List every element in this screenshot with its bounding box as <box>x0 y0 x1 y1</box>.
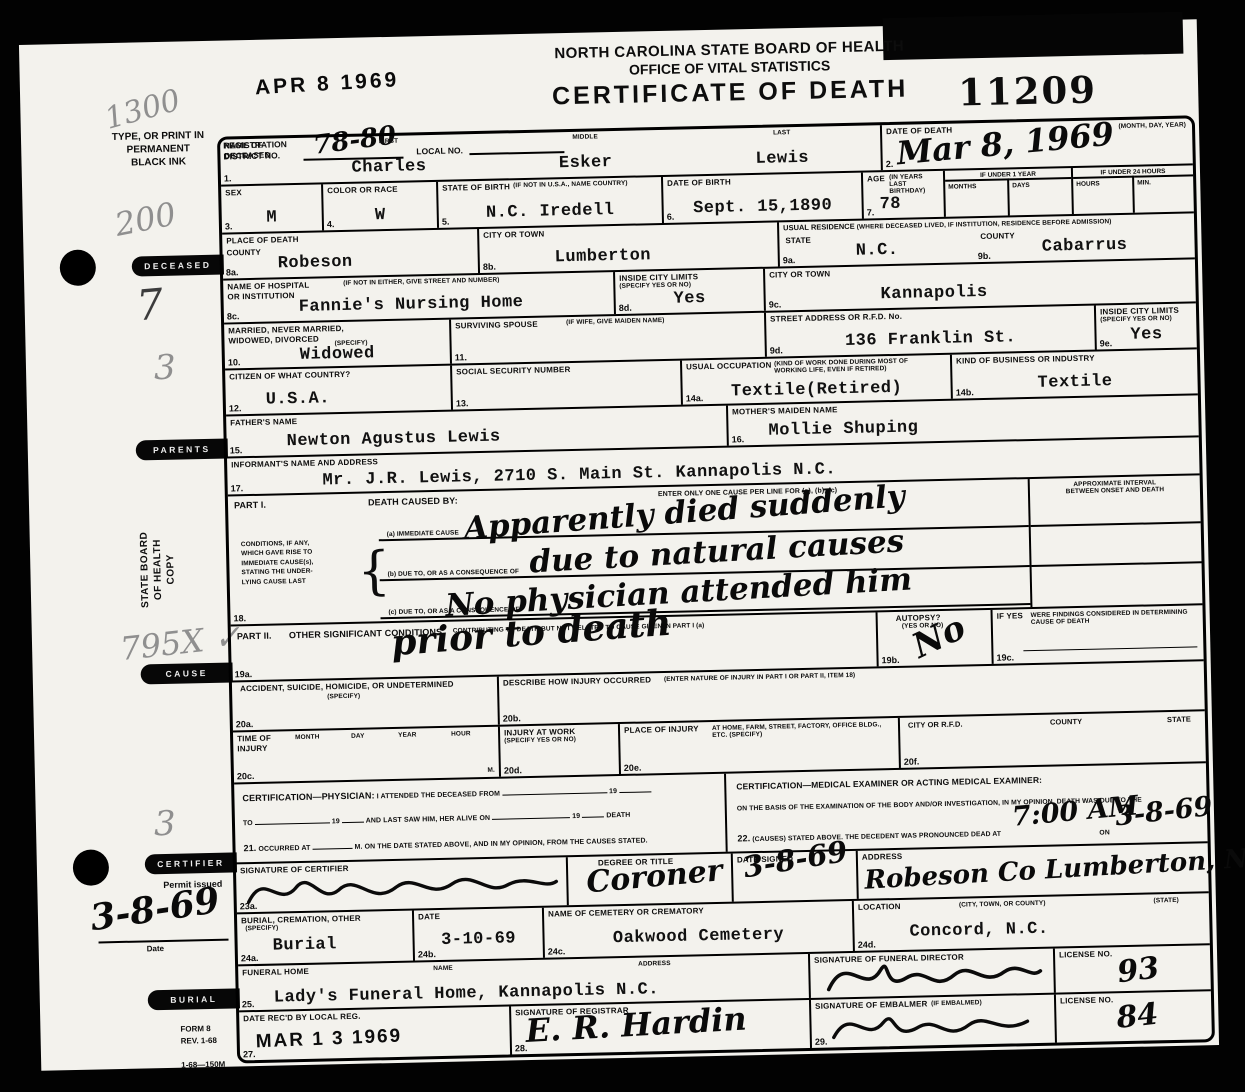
field-value: Lumberton <box>480 243 778 268</box>
me-cert-t2: (CAUSES) STATED ABOVE. THE DECEDENT WAS … <box>752 831 1001 843</box>
margin-pencil-200: 200 <box>112 195 179 244</box>
form-reference: FORM 8 REV. 1-68 1-68—150M <box>180 1023 225 1072</box>
loc-sublabel-1: (CITY, TOWN, OR COUNTY) <box>959 900 1046 909</box>
city-rfd-header: CITY OR R.F.D. <box>908 720 963 730</box>
field-value: N.C. Iredell <box>439 200 662 224</box>
state-header: STATE <box>1167 715 1191 725</box>
days-cell: DAYS <box>1009 177 1072 215</box>
field-sublabel: (SPECIFY) <box>327 693 360 701</box>
phys-cert-t2: TO <box>243 820 253 827</box>
field-time-of-injury: TIME OF INJURY MONTH DAY YEAR HOUR M. 20… <box>233 727 499 783</box>
field-cemetery: NAME OF CEMETERY OR CREMATORY 24c. Oakwo… <box>542 901 853 958</box>
field-value: N.C. <box>779 239 974 262</box>
day-header: DAY <box>351 733 365 740</box>
field-number: 29. <box>815 1037 828 1047</box>
field-state-of-birth: STATE OF BIRTH (IF NOT IN U.S.A., NAME C… <box>436 177 662 228</box>
form-ref-line1: FORM 8 <box>180 1024 210 1034</box>
field-label: ACCIDENT, SUICIDE, HOMICIDE, OR UNDETERM… <box>240 679 490 694</box>
tab-parents: PARENTS <box>136 439 228 461</box>
field-date-signed: DATE SIGNED 3-8-69 <box>731 851 857 902</box>
field-label: DESCRIBE HOW INJURY OCCURRED <box>503 675 651 688</box>
ink-instruction: TYPE, OR PRINT IN PERMANENT BLACK INK <box>93 129 224 171</box>
blank-line <box>502 784 607 795</box>
field-label: DATE REC'D BY LOCAL REG. <box>243 1012 361 1024</box>
margin-pencil-3-lower: 3 <box>154 804 177 844</box>
field-sublabel: (SPECIFY YES OR NO) <box>504 736 576 745</box>
field-label: SURVIVING SPOUSE <box>455 320 538 331</box>
field-label: DATE <box>418 912 440 922</box>
field-sublabel: WERE FINDINGS CONSIDERED IN DETERMINING … <box>1031 608 1201 626</box>
field-date-of-death: DATE OF DEATH (MONTH, DAY, YEAR) 2. Mar … <box>880 118 1193 170</box>
field-sex: SEX 3. M <box>221 184 322 232</box>
field-surviving-spouse: SURVIVING SPOUSE (IF WIFE, GIVE MAIDEN N… <box>449 313 765 364</box>
received-date-stamp-value: MAR 1 3 1969 <box>255 1026 402 1054</box>
permit-date-line <box>99 939 229 944</box>
field-label: ADDRESS <box>862 852 903 862</box>
interval-rule-a <box>1031 521 1201 527</box>
field-label: FUNERAL HOME <box>242 967 309 978</box>
field-label: COLOR OR RACE <box>327 185 398 196</box>
field-label: SEX <box>225 188 242 198</box>
blank-line <box>255 814 330 825</box>
group-label: PLACE OF DEATH <box>226 235 299 246</box>
tab-deceased: DECEASED <box>132 255 224 277</box>
field-value: Sept. 15,1890 <box>663 196 861 219</box>
months-cell: MONTHS <box>945 178 1010 216</box>
field-ssn: SOCIAL SECURITY NUMBER 13. <box>450 361 681 410</box>
field-label: FATHER'S NAME <box>230 417 297 428</box>
field-certifier-address: ADDRESS Robeson Co Lumberton, NC <box>856 843 1209 899</box>
phys-cert-t5: OCCURRED AT <box>258 845 310 853</box>
field-sublabel: (SPECIFY YES OR NO) <box>1100 315 1172 324</box>
interval-column: APPROXIMATE INTERVAL BETWEEN ONSET AND D… <box>1028 475 1203 607</box>
field-if-under-24-hours: IF UNDER 24 HOURS HOURS MIN. <box>1071 165 1194 214</box>
field-number: 19c. <box>996 652 1014 662</box>
middle-name-value: Esker <box>487 151 684 174</box>
field-number: 21. <box>243 843 256 853</box>
field-number: 20b. <box>503 713 521 723</box>
meridiem-label: M. <box>487 767 495 774</box>
field-value: U.S.A. <box>226 387 451 411</box>
field-label: PLACE OF INJURY <box>624 724 699 735</box>
header-center: NORTH CAROLINA STATE BOARD OF HEALTH OFF… <box>449 35 1010 113</box>
certificate-number: 11209 <box>958 67 1098 114</box>
tab-cause: CAUSE <box>140 662 232 684</box>
field-number: 20d. <box>504 765 522 775</box>
certification-physician: CERTIFICATION—PHYSICIAN: I ATTENDED THE … <box>234 774 726 863</box>
field-funeral-director-signature: SIGNATURE OF FUNERAL DIRECTOR <box>808 949 1054 998</box>
phys-cert-t1: I ATTENDED THE DECEASED FROM <box>377 791 500 801</box>
field-hospital-inside-limits: INSIDE CITY LIMITS (SPECIFY YES OR NO) 8… <box>613 269 764 314</box>
field-value: 78 <box>863 194 943 215</box>
tab-burial: BURIAL <box>148 988 240 1010</box>
field-residence-inside-limits: INSIDE CITY LIMITS (SPECIFY YES OR NO) 9… <box>1094 303 1197 349</box>
part2-label: PART II. <box>237 631 272 642</box>
field-citizen: CITIZEN OF WHAT COUNTRY? 12. U.S.A. <box>225 366 451 415</box>
part1-cause-of-death: PART I. DEATH CAUSED BY: ENTER ONLY ONE … <box>228 473 1203 624</box>
part1-number: 18. <box>233 613 246 623</box>
loc-sublabel-2: (STATE) <box>1153 897 1179 905</box>
field-injury-at-work: INJURY AT WORK (SPECIFY YES OR NO) 20d. <box>498 724 619 777</box>
year-prefix: 19 <box>332 818 340 825</box>
margin-pencil-3-upper: 3 <box>154 348 177 388</box>
field-street-address: STREET ADDRESS OR R.F.D. No. 9d. 136 Fra… <box>764 306 1095 357</box>
month-header: MONTH <box>295 734 319 742</box>
field-sublabel: (IF NOT IN U.S.A., NAME COUNTRY) <box>513 179 653 189</box>
field-number: 20e. <box>624 763 642 773</box>
year-header: YEAR <box>398 731 417 738</box>
field-label: SOCIAL SECURITY NUMBER <box>456 365 571 377</box>
city-label: CITY OR TOWN <box>483 230 544 241</box>
blank-line <box>492 809 570 820</box>
field-value: Yes <box>1096 324 1196 345</box>
field-label: CITIZEN OF WHAT COUNTRY? <box>229 370 350 382</box>
field-value: M <box>222 207 322 228</box>
first-header: FIRST <box>379 138 398 145</box>
hole-punch-bottom <box>73 849 110 886</box>
last-name-value: Lewis <box>684 147 881 170</box>
field-number: 22. <box>737 833 750 843</box>
year-prefix: 19 <box>572 813 580 820</box>
interval-label: APPROXIMATE INTERVAL BETWEEN ONSET AND D… <box>1030 475 1200 496</box>
interval-rule-b <box>1032 561 1202 567</box>
phys-cert-title: CERTIFICATION—PHYSICIAN: <box>242 790 374 803</box>
field-sublabel: (IN YEARS LAST BIRTHDAY) <box>889 173 941 195</box>
tab-certifier: CERTIFIER <box>145 852 237 874</box>
field-number: 1. <box>224 173 232 183</box>
field-sublabel: (SPECIFY) <box>245 925 278 933</box>
license-no-value: 93 <box>1115 950 1161 990</box>
blank-line <box>312 840 352 850</box>
field-findings: IF YES WERE FINDINGS CONSIDERED IN DETER… <box>991 605 1204 664</box>
field-age: AGE (IN YEARS LAST BIRTHDAY) 7. 78 <box>861 171 944 219</box>
field-burial-date: DATE 24b. 3-10-69 <box>412 908 543 961</box>
part1-label: PART I. <box>234 500 266 511</box>
field-injury-location: CITY OR R.F.D. COUNTY STATE 20f. <box>898 711 1206 768</box>
county-header: COUNTY <box>1050 717 1082 727</box>
field-number: 2. <box>886 159 894 169</box>
form-ref-line2: REV. 1-68 <box>181 1036 217 1046</box>
field-sublabel: (ENTER NATURE OF INJURY IN PART I OR PAR… <box>664 672 855 683</box>
field-label: IF YES <box>997 611 1024 621</box>
field-label: MOTHER'S MAIDEN NAME <box>732 405 838 417</box>
field-cemetery-location: LOCATION (CITY, TOWN, OR COUNTY) (STATE)… <box>852 893 1210 951</box>
name-last-col: LAST Lewis <box>683 125 881 174</box>
conditions-note: CONDITIONS, IF ANY, WHICH GAVE RISE TO I… <box>241 538 362 588</box>
phys-cert-t3: AND LAST SAW HIM, HER ALIVE ON <box>366 815 491 825</box>
me-cert-title: CERTIFICATION—MEDICAL EXAMINER OR ACTING… <box>736 775 1042 792</box>
funeral-director-signature <box>820 949 1046 1000</box>
min-cell: MIN. <box>1134 174 1194 212</box>
license-no-value: 84 <box>1115 997 1160 1036</box>
field-label: DATE OF BIRTH <box>667 177 731 188</box>
phys-cert-t4: DEATH <box>606 812 630 820</box>
under-1yr-cells: MONTHS DAYS <box>945 177 1072 217</box>
embalmer-signature <box>827 1001 1038 1048</box>
name-middle-col: MIDDLE Esker <box>487 129 685 178</box>
field-label: AGE <box>867 174 885 184</box>
part2-number: 19a. <box>235 669 253 679</box>
field-sublabel: (IF WIFE, GIVE MAIDEN NAME) <box>566 317 665 326</box>
field-label: INFORMANT'S NAME AND ADDRESS <box>231 457 378 470</box>
field-value: Oakwood Cemetery <box>544 924 852 950</box>
field-label: MARRIED, NEVER MARRIED, WIDOWED, DIVORCE… <box>228 324 344 346</box>
field-certifier-signature: SIGNATURE OF CERTIFIER 23a. <box>236 857 567 912</box>
middle-header: MIDDLE <box>572 133 598 141</box>
field-label: STREET ADDRESS OR R.F.D. No. <box>770 312 902 324</box>
field-date-of-birth: DATE OF BIRTH 6. Sept. 15,1890 <box>661 173 862 223</box>
field-number: 24b. <box>418 949 436 959</box>
form-ref-line3: 1-68—150M <box>181 1060 225 1070</box>
field-marital-status: MARRIED, NEVER MARRIED, WIDOWED, DIVORCE… <box>224 320 450 369</box>
hours-cell: HOURS <box>1073 176 1135 214</box>
caused-by-label: DEATH CAUSED BY: <box>368 496 458 508</box>
field-number: 13. <box>456 398 469 408</box>
hour-header: HOUR <box>451 730 471 737</box>
field-pod-county: PLACE OF DEATH COUNTY 8a. Robeson <box>222 229 478 279</box>
field-accident: ACCIDENT, SUICIDE, HOMICIDE, OR UNDETERM… <box>232 677 498 731</box>
phys-cert-t6: M. ON THE DATE STATED ABOVE, AND IN MY O… <box>354 837 647 850</box>
field-registrar-signature: SIGNATURE OF REGISTRAR 28. E. R. Hardin <box>509 1000 810 1055</box>
margin-pencil-1300: 1300 <box>101 83 184 137</box>
field-residence-county: COUNTY 9b. Cabarrus <box>974 223 1195 262</box>
field-number: 20f. <box>904 757 920 767</box>
phys-cert-line2: TO 19 AND LAST SAW HIM, HER ALIVE ON 19 … <box>243 808 631 827</box>
address-sublabel: ADDRESS <box>638 960 671 968</box>
brace-glyph: { <box>357 541 391 602</box>
field-value: 3-10-69 <box>414 929 542 951</box>
part1-box: PART I. DEATH CAUSED BY: ENTER ONLY ONE … <box>228 475 1203 624</box>
field-number: 11. <box>455 352 467 362</box>
field-date-received: DATE REC'D BY LOCAL REG. 27. MAR 1 3 196… <box>239 1007 510 1061</box>
field-value: Cabarrus <box>974 234 1194 258</box>
name-sublabel: NAME <box>433 965 453 972</box>
field-label: LICENSE NO. <box>1059 949 1113 960</box>
field-value: Yes <box>615 288 763 310</box>
field-number: 20a. <box>236 719 254 729</box>
field-value: Concord, N.C. <box>854 916 1209 943</box>
year-prefix: 19 <box>609 788 617 795</box>
field-value: Widowed <box>225 343 450 367</box>
certificate-sheet: APR 8 1969 REGISTRATION DISTRICT NO. 78-… <box>19 19 1219 1070</box>
field-embalmer-license: LICENSE NO. 84 <box>1054 991 1212 1042</box>
name-first-col: FIRST Charles <box>290 134 488 183</box>
blank-line <box>342 814 364 823</box>
field-residence-state: STATE 9a. N.C. <box>779 228 975 266</box>
blank-line <box>582 808 604 817</box>
last-header: LAST <box>773 129 791 136</box>
field-number: 27. <box>243 1049 256 1059</box>
field-sublabel: (KIND OF WORK DONE DURING MOST OF WORKIN… <box>774 357 939 375</box>
under-24h-cells: HOURS MIN. <box>1073 174 1194 214</box>
field-value: Burial <box>237 934 412 957</box>
field-occupation: USUAL OCCUPATION (KIND OF WORK DONE DURI… <box>680 355 951 405</box>
field-degree-or-title: DEGREE OR TITLE Coroner <box>566 854 732 906</box>
field-label: TIME OF INJURY <box>237 734 271 754</box>
field-color-or-race: COLOR OR RACE 4. W <box>321 182 437 230</box>
field-director-license: LICENSE NO. 93 <box>1053 945 1211 992</box>
field-pod-city: CITY OR TOWN 8b. Lumberton <box>477 222 778 273</box>
phys-cert-line1: CERTIFICATION—PHYSICIAN: I ATTENDED THE … <box>242 783 651 803</box>
field-label: CITY OR TOWN <box>769 269 830 280</box>
first-name-value: Charles <box>291 156 488 179</box>
margin-pencil-7: 7 <box>134 279 165 330</box>
field-sublabel: (IF NOT IN EITHER, GIVE STREET AND NUMBE… <box>343 277 499 287</box>
date-caption: Date <box>147 944 165 953</box>
field-value: W <box>324 205 437 226</box>
scanned-death-certificate: { "doc":{ "stamp_date":"APR 8 1969", "re… <box>0 0 1245 1092</box>
hole-punch-top <box>59 249 96 286</box>
field-label: NAME OF DECEASED <box>224 141 270 161</box>
certificate-form: NAME OF DECEASED 1. FIRST Charles MIDDLE… <box>217 115 1215 1063</box>
field-place-of-injury: PLACE OF INJURY AT HOME, FARM, STREET, F… <box>618 718 899 774</box>
field-if-under-1-year: IF UNDER 1 YEAR MONTHS DAYS <box>943 168 1072 217</box>
phys-cert-line3: 21. OCCURRED AT M. ON THE DATE STATED AB… <box>243 833 647 853</box>
field-label: USUAL OCCUPATION <box>686 361 772 372</box>
permit-date-handwritten: 3-8-69 <box>87 879 222 939</box>
field-value: 136 Franklin St. <box>766 327 1094 353</box>
field-embalmer-signature: SIGNATURE OF EMBALMER (IF EMBALMED) 29. <box>809 995 1055 1048</box>
field-label: LICENSE NO. <box>1060 995 1114 1006</box>
field-number: 19b. <box>881 655 899 665</box>
address-value: Robeson Co Lumberton, NC <box>864 843 1245 896</box>
field-burial-type: BURIAL, CREMATION, OTHER (SPECIFY) 24a. … <box>237 911 413 965</box>
field-autopsy: AUTOPSY? (YES OR NO) 19b. No <box>876 610 992 666</box>
field-label: STATE OF BIRTH <box>442 182 510 193</box>
received-date-stamp: APR 8 1969 <box>254 68 400 100</box>
copy-designation: STATE BOARD OF HEALTH COPY <box>137 497 179 643</box>
findings-line <box>1023 646 1197 651</box>
me-cert-on: ON <box>1099 829 1110 836</box>
field-sublabel: (MONTH, DAY, YEAR) <box>1118 122 1186 130</box>
date-of-death-value: Mar 8, 1969 <box>895 115 1115 173</box>
certification-medical-examiner: CERTIFICATION—MEDICAL EXAMINER OR ACTING… <box>724 763 1208 851</box>
certifier-signature <box>242 861 561 912</box>
field-value: Textile <box>952 370 1197 394</box>
field-label: NAME OF CEMETERY OR CREMATORY <box>548 906 704 919</box>
blank-line <box>619 783 651 793</box>
field-label: KIND OF BUSINESS OR INDUSTRY <box>956 354 1095 367</box>
field-number: 20c. <box>237 771 255 781</box>
field-sublabel: AT HOME, FARM, STREET, FACTORY, OFFICE B… <box>712 721 882 739</box>
me-cert-line3: 22. (CAUSES) STATED ABOVE. THE DECEDENT … <box>737 828 1001 844</box>
field-label: LOCATION <box>858 902 901 913</box>
margin-pencil-795x: 795X ✓ <box>118 617 242 668</box>
field-industry: KIND OF BUSINESS OR INDUSTRY 14b. Textil… <box>950 349 1198 398</box>
